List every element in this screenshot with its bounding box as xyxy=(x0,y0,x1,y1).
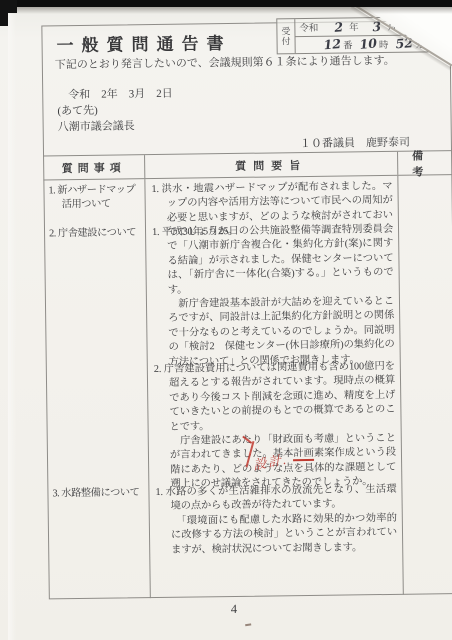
scanned-document-page: 一般質問通告書 受 付 令和 2 年 3 月 2 12 番 10 xyxy=(0,0,452,640)
year-value-handwritten: 2 xyxy=(334,19,344,35)
header-question-summary: 質問要旨 xyxy=(145,152,398,178)
scan-black-strip xyxy=(0,0,452,7)
summary-group-2a: 1. 平成30年5月25日の公共施設整備等調査特別委員会で「八潮市新庁舎複合化・… xyxy=(152,223,395,370)
table-body: 1. 新ハザードマップ活用ついて 2. 庁舎建設について 3. 水路整備について… xyxy=(43,175,452,599)
question-table: 質問事項 質問要旨 備考 1. 新ハザードマップ活用ついて 2. 庁舎建設につい… xyxy=(43,150,452,599)
question-item-3: 3. 水路整備について xyxy=(52,486,146,502)
question-item-1: 1. 新ハザードマップ活用ついて xyxy=(48,183,142,213)
column-notes-empty xyxy=(398,175,452,595)
scan-top-shadow xyxy=(0,7,452,14)
stray-pen-mark xyxy=(245,623,251,626)
hour-value-handwritten: 10 xyxy=(359,36,378,52)
document-date: 令和 2年 3月 2日 xyxy=(68,85,173,102)
question-item-2: 2. 庁舎建設について xyxy=(49,226,143,242)
receipt-label-top: 受 xyxy=(281,26,290,36)
summary-paragraph: 「環境面にも配慮した水路に効果的かつ効率的に改修する方法の検討」ということが言わ… xyxy=(156,512,398,558)
page-number: 4 xyxy=(8,599,452,620)
column-question-items: 1. 新ハザードマップ活用ついて 2. 庁舎建設について 3. 水路整備について xyxy=(43,179,150,599)
header-question-item: 質問事項 xyxy=(43,155,145,179)
scan-black-corner-b xyxy=(0,0,17,13)
member-signature: １０番議員 鹿野泰司 xyxy=(300,134,410,151)
receipt-stamp-label: 受 付 xyxy=(277,19,295,53)
paper-content: 一般質問通告書 受 付 令和 2 年 3 月 2 12 番 10 xyxy=(0,0,452,640)
number-value-handwritten: 12 xyxy=(323,36,342,52)
era-label: 令和 xyxy=(299,20,318,34)
header-note: 備考 xyxy=(398,151,452,175)
addressee-name: 八潮市議会議長 xyxy=(58,117,135,134)
summary-paragraph: 新庁舎建設基本設計が大詰めを迎えているところですが、同設計は上記集約化方針説明と… xyxy=(153,295,395,370)
summary-paragraph: 1. 平成30年5月25日の公共施設整備等調査特別委員会で「八潮市新庁舎複合化・… xyxy=(152,223,394,298)
column-question-summaries: 1. 洪水・地震ハザードマップが配布されました。マップの内容や活用方法等について… xyxy=(145,176,403,598)
page-title: 一般質問通告書 xyxy=(56,29,231,56)
summary-group-3: 1. 水路の多くが生活雑排水の放流先となり、生活環境の点からも改善が待たれていま… xyxy=(155,483,397,558)
summary-group-2b: 2. 庁舎建設費用については関連費用も含め100億円を超えるとする報告がされてい… xyxy=(154,360,397,493)
summary-paragraph: 2. 庁舎建設費用については関連費用も含め100億円を超えるとする報告がされてい… xyxy=(154,360,396,435)
addressee-label: (あて先) xyxy=(57,102,98,119)
hour-unit: 時 xyxy=(379,37,389,51)
receipt-label-bottom: 付 xyxy=(281,36,290,46)
summary-paragraph: 1. 水路の多くが生活雑排水の放流先となり、生活環境の点からも改善が待たれていま… xyxy=(155,483,396,515)
number-unit: 番 xyxy=(343,37,353,51)
red-underlined-word: 計画 xyxy=(293,448,314,461)
year-unit: 年 xyxy=(349,20,359,34)
